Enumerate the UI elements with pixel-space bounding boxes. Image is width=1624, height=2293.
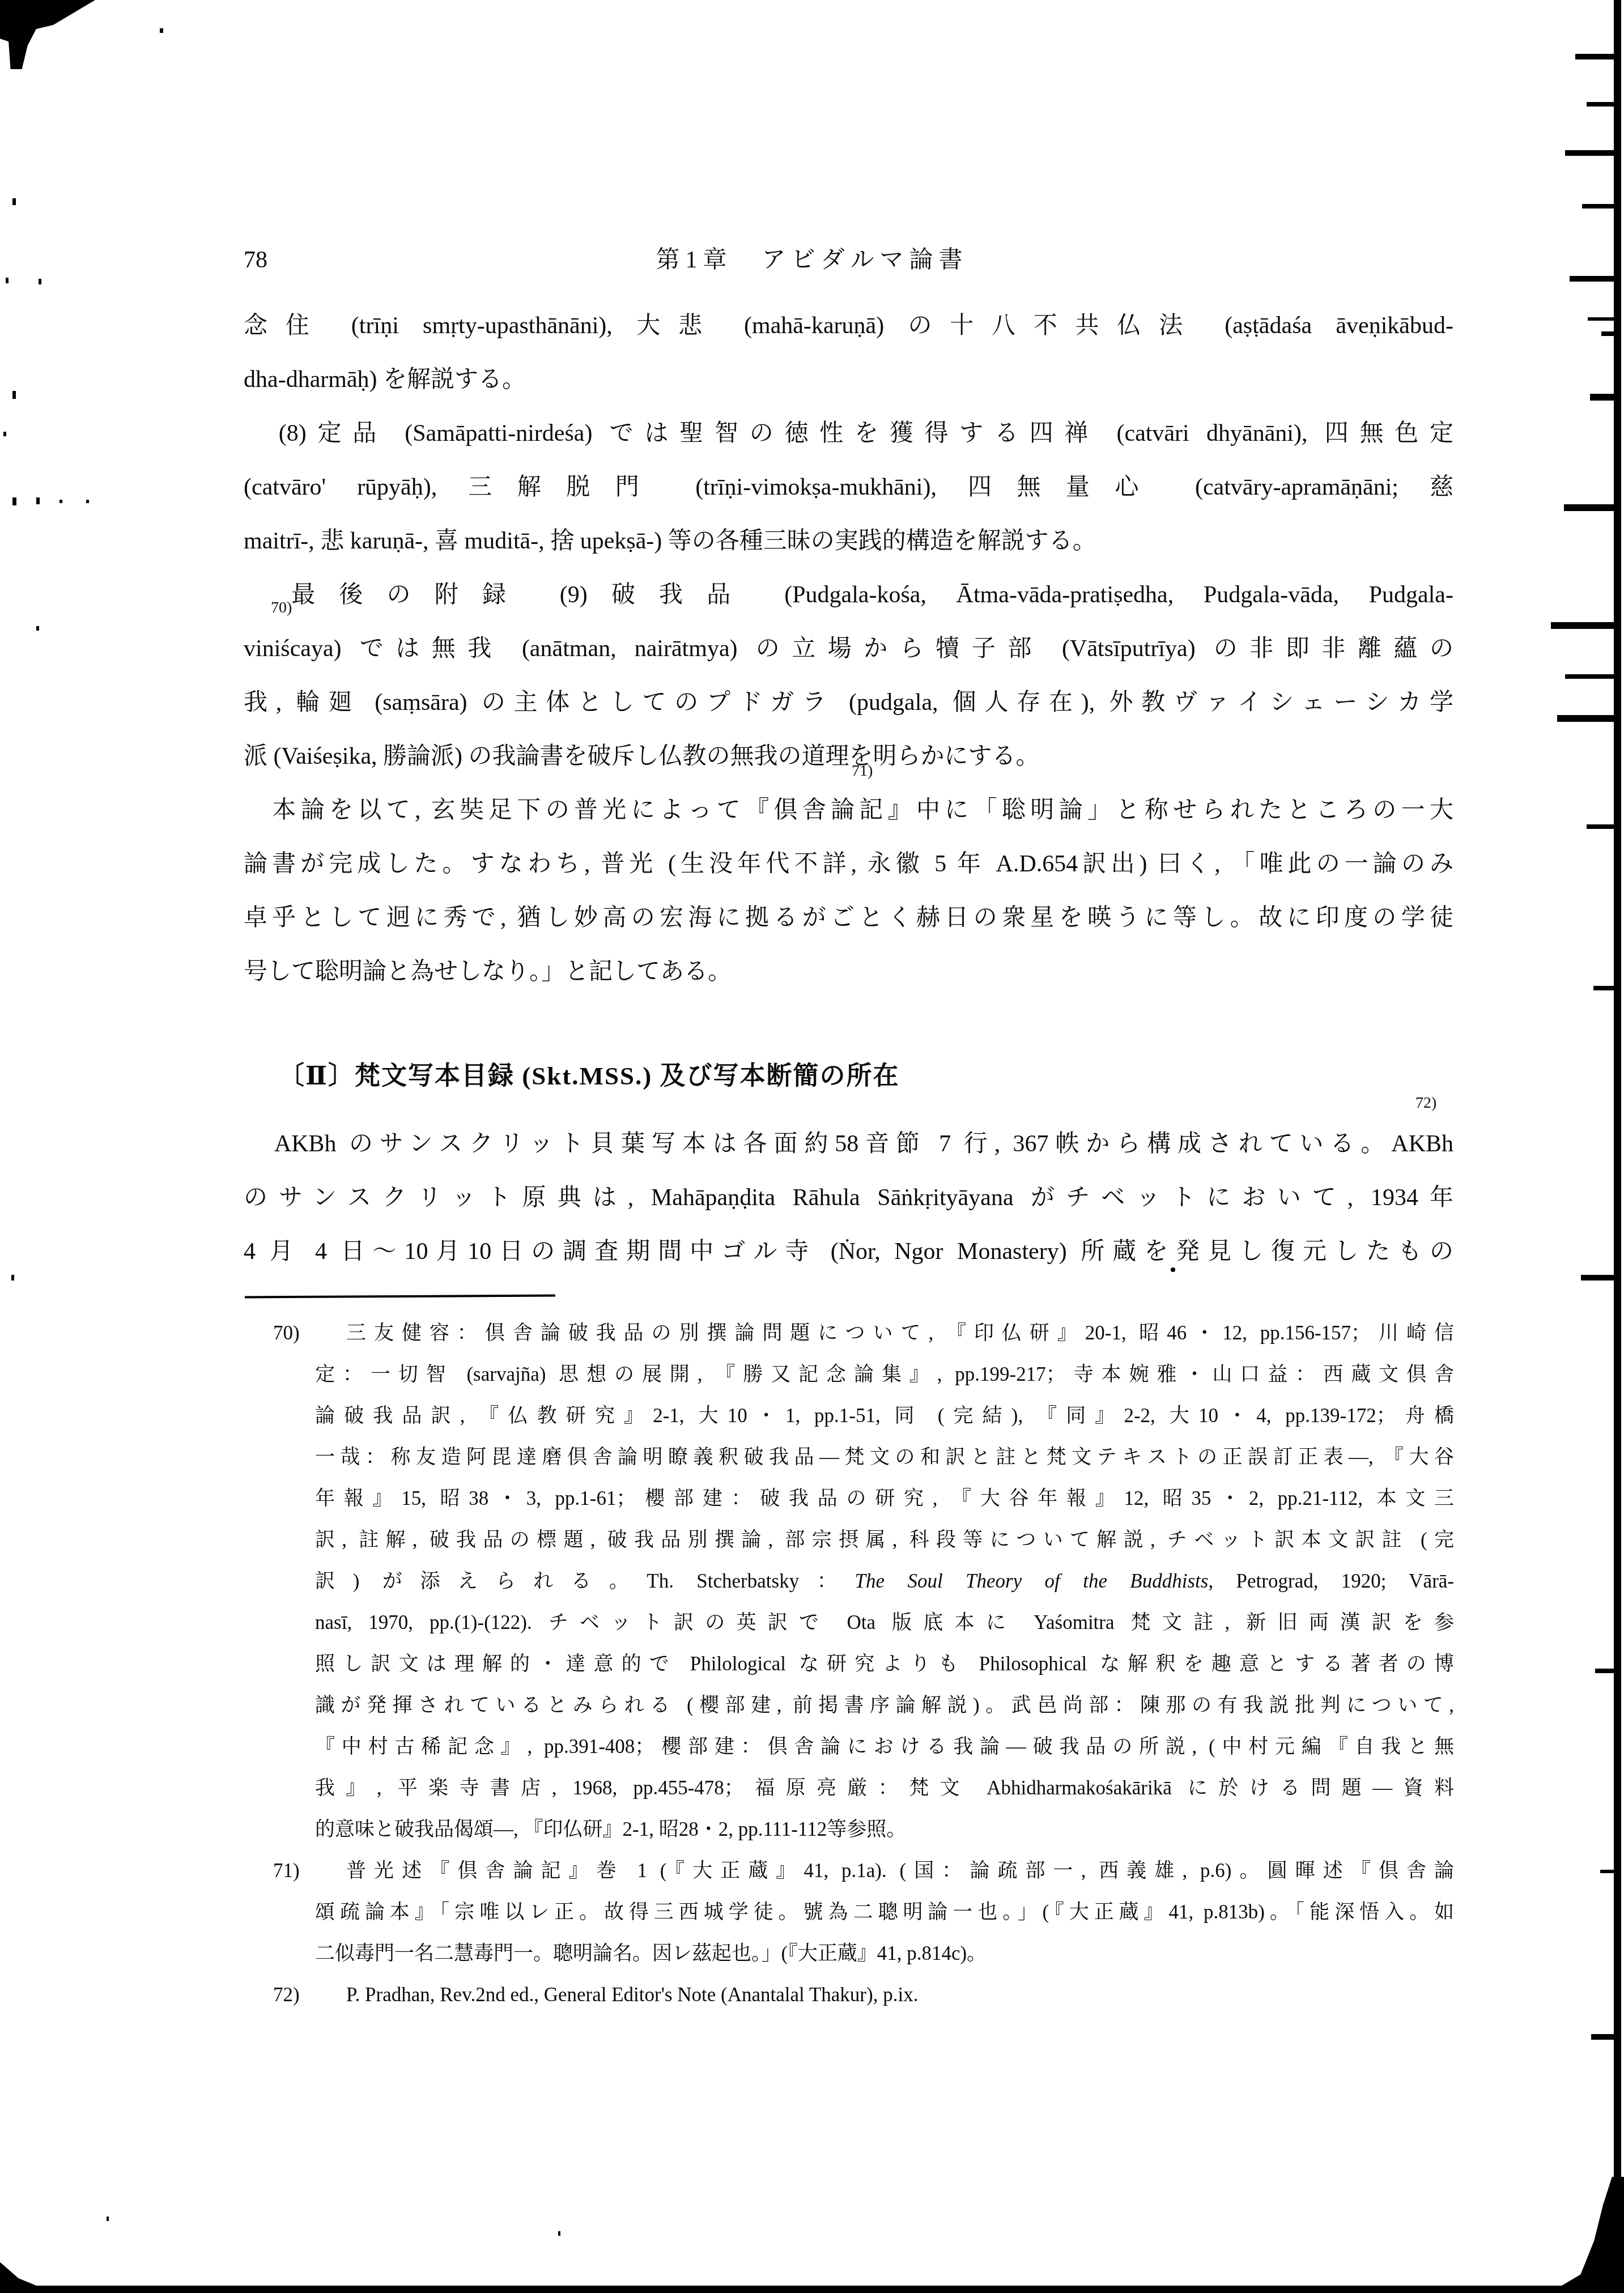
body-line: 本論を以て, 玄奘足下の普光によって『倶舎論記』中に「聡明論」と称せられたところ… (244, 784, 1453, 837)
footnote-line: 一哉：称友造阿毘達磨倶舎論明瞭義釈破我品―梵文の和訳と註と梵文テキストの正誤訂正… (315, 1436, 1454, 1478)
scan-speck (39, 279, 41, 284)
scan-tick (1590, 394, 1621, 401)
footnote-ref-72: 72) (1415, 1095, 1436, 1112)
scan-tick (1587, 824, 1621, 829)
footnote-line: 論破我品訳, 『仏教研究』2-1, 大10・1, pp.1-51, 同 (完結)… (315, 1395, 1454, 1436)
scan-speck (12, 198, 16, 205)
scan-tick (1593, 986, 1621, 990)
body-line: のサンスクリット原典は, Mahāpaṇḍita Rāhula Sāṅkṛity… (244, 1171, 1453, 1225)
main-text-block: 念住 (trīṇi smṛty-upasthānāni), 大悲 (mahā-k… (244, 299, 1453, 999)
scan-speck (558, 2231, 560, 2236)
footnote-line: 定：一切智 (sarvajña) 思想の展開, 『勝又記念論集』, pp.199… (315, 1354, 1454, 1395)
footnote-line: 訳, 註解, 破我品の標題, 破我品別撰論, 部宗摂属, 科段等について解説, … (315, 1519, 1454, 1560)
scan-artifact-right-edge (1614, 0, 1621, 2293)
scan-artifact-bottom-right-blob (1549, 2177, 1624, 2293)
scan-artifact-top-left-blob (0, 0, 95, 69)
body-line: 念住 (trīṇi smṛty-upasthānāni), 大悲 (mahā-k… (244, 299, 1453, 353)
body-line: (8)定品 (Samāpatti-nirdeśa) では聖智の徳性を獲得する四禅… (244, 407, 1453, 461)
scan-tick (1601, 331, 1621, 336)
scan-speck (3, 432, 6, 436)
scanned-book-page: 78 第1章 アビダルマ論書 念住 (trīṇi smṛty-upasthānā… (0, 0, 1624, 2293)
footnote-line: 的意味と破我品偈頌―, 『印仏研』2-1, 昭28・2, pp.111-112等… (315, 1809, 1454, 1850)
scan-tick (1565, 150, 1621, 156)
scan-tick (1581, 1275, 1621, 1280)
scan-speck (107, 2217, 109, 2221)
footnote-line: nasī, 1970, pp.(1)-(122). チベット訳の英訳で Ota … (315, 1602, 1454, 1643)
scan-speck (12, 497, 16, 505)
scan-artifact-bottom-band (0, 2286, 1624, 2293)
footnote-number-72: 72) (273, 1974, 300, 2015)
footnote-text: 訳) が添えられる。Th. Stcherbatsky： (315, 1570, 854, 1592)
scan-tick (1564, 504, 1621, 511)
footnote-text: P. Pradhan, Rev.2nd ed., General Editor'… (346, 1984, 918, 2006)
body-line: 論書が完成した。すなわち, 普光 (生没年代不詳, 永徽 5 年 A.D.654… (244, 837, 1453, 891)
footnote-ref-71: 71) (852, 763, 873, 780)
footnote-ref-70: 70) (271, 599, 292, 616)
scan-tick (1588, 317, 1621, 321)
section-heading: 〔Ⅱ〕梵文写本目録 (Skt.MSS.) 及び写本断簡の所在 (279, 1055, 899, 1092)
scan-tick (1595, 1669, 1620, 1673)
body-line: maitrī-, 悲 karuṇā-, 喜 muditā-, 捨 upekṣā-… (244, 514, 1453, 568)
footnote-line: 訳) が添えられる。Th. Stcherbatsky：The Soul Theo… (315, 1560, 1454, 1602)
footnotes-block: 70)三友健容：倶舎論破我品の別撰論問題について, 『印仏研』20-1, 昭46… (315, 1312, 1454, 2015)
footnote-text: 三友健容：倶舎論破我品の別撰論問題について, 『印仏研』20-1, 昭46・12… (346, 1322, 1454, 1344)
scan-tick (1591, 2034, 1621, 2040)
body-line: 我, 輪廻 (saṃsāra) の主体としてのプドガラ (pudgala, 個人… (244, 676, 1453, 730)
footnote-line: 年報』15, 昭38・3, pp.1-61；櫻部建：破我品の研究, 『大谷年報』… (315, 1478, 1454, 1519)
scan-speck (11, 1275, 14, 1280)
scan-tick (1575, 54, 1621, 59)
scan-tick (1557, 715, 1621, 722)
body-line: viniścaya) では無我 (anātman, nairātmya) の立場… (244, 622, 1453, 676)
footnote-line: 我』, 平楽寺書店, 1968, pp.455-478；福原亮厳：梵文 Abhi… (315, 1767, 1454, 1809)
footnote-number-71: 71) (273, 1850, 300, 1891)
body-line: 卓乎として迥に秀で, 猶し妙高の宏海に拠るがごとく赫日の衆星を暎うに等し。故に印… (244, 891, 1453, 945)
scan-tick (1587, 102, 1621, 107)
footnote-line: 二似毒門一名二慧毒門一。聰明論名。因レ茲起也。」(『大正蔵』41, p.814c… (315, 1933, 1454, 1974)
scan-tick (1582, 204, 1621, 209)
footnote-text: 普光述『倶舎論記』巻 1 (『大正蔵』41, p.1a). (国：論疏部一, 西… (346, 1860, 1454, 1882)
footnote-line: 71)普光述『倶舎論記』巻 1 (『大正蔵』41, p.1a). (国：論疏部一… (315, 1850, 1454, 1891)
body-line: 号して聡明論と為せしなり。」と記してある。 (244, 945, 1453, 999)
scan-tick (1600, 1870, 1621, 1873)
body-line: 4 月 4 日〜10月10日の調査期間中ゴル寺 (Ṅor, Ngor Monas… (244, 1225, 1453, 1279)
scan-tick (1565, 674, 1621, 679)
main-text-block-2: AKBh のサンスクリット貝葉写本は各面約58音節 7 行, 367帙から構成さ… (244, 1117, 1453, 1279)
footnote-line: 識が発揮されているとみられる (櫻部建, 前掲書序論解説)。武邑尚部：陳那の有我… (315, 1684, 1454, 1726)
footnote-line: 照し訳文は理解的・達意的で Philological な研究よりも Philos… (315, 1643, 1454, 1684)
scan-speck (12, 391, 16, 399)
scan-tick (1551, 622, 1621, 629)
footnote-number-70: 70) (273, 1312, 300, 1354)
footnote-text: , Petrograd, 1920; Vārā- (1208, 1570, 1454, 1592)
scan-speck (160, 28, 163, 33)
footnote-line: 72)P. Pradhan, Rev.2nd ed., General Edit… (315, 1974, 1454, 2015)
footnote-line: 70)三友健容：倶舎論破我品の別撰論問題について, 『印仏研』20-1, 昭46… (315, 1312, 1454, 1354)
scan-speck (86, 500, 89, 503)
scan-tick (1570, 276, 1621, 282)
footnote-line: 『中村古稀記念』, pp.391-408；櫻部建：倶舎論における我論―破我品の所… (315, 1726, 1454, 1767)
chapter-running-header: 第1章 アビダルマ論書 (0, 247, 1624, 273)
footnote-separator (245, 1295, 555, 1299)
scan-speck (6, 278, 8, 283)
body-line: dha-dharmāḥ) を解説する。 (244, 353, 1453, 407)
scan-speck (36, 497, 40, 504)
body-line: 最後の附録 (9)破我品 (Pudgala-kośa, Ātma-vāda-pr… (244, 568, 1453, 622)
scan-speck (59, 500, 62, 503)
footnote-book-title: The Soul Theory of the Buddhists (854, 1570, 1208, 1592)
body-line: 派 (Vaiśeṣika, 勝論派) の我論書を破斥し仏教の無我の道理を明らかに… (244, 730, 1453, 784)
body-line: AKBh のサンスクリット貝葉写本は各面約58音節 7 行, 367帙から構成さ… (244, 1117, 1453, 1171)
scan-speck (36, 626, 39, 631)
body-line: (catvāro' rūpyāḥ), 三解脱門 (trīṇi-vimokṣa-m… (244, 461, 1453, 514)
footnote-line: 頌疏論本』「宗唯以レ正。故得三西城学徒。號為二聰明論一也。」(『大正蔵』41, … (315, 1891, 1454, 1933)
